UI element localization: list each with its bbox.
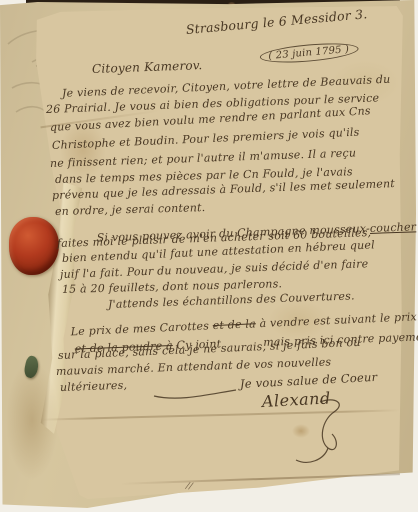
date-annotation-text: ( 23 juin 1795 )	[259, 40, 359, 66]
signature-flourish	[150, 382, 370, 472]
letter-line: ultérieures,	[60, 380, 128, 393]
underlined-word: coucher	[370, 220, 417, 235]
letter-scan: Strasbourg le 6 Messidor 3. ( 23 juin 17…	[0, 0, 418, 512]
salutation: Citoyen Kamerov.	[92, 59, 203, 75]
